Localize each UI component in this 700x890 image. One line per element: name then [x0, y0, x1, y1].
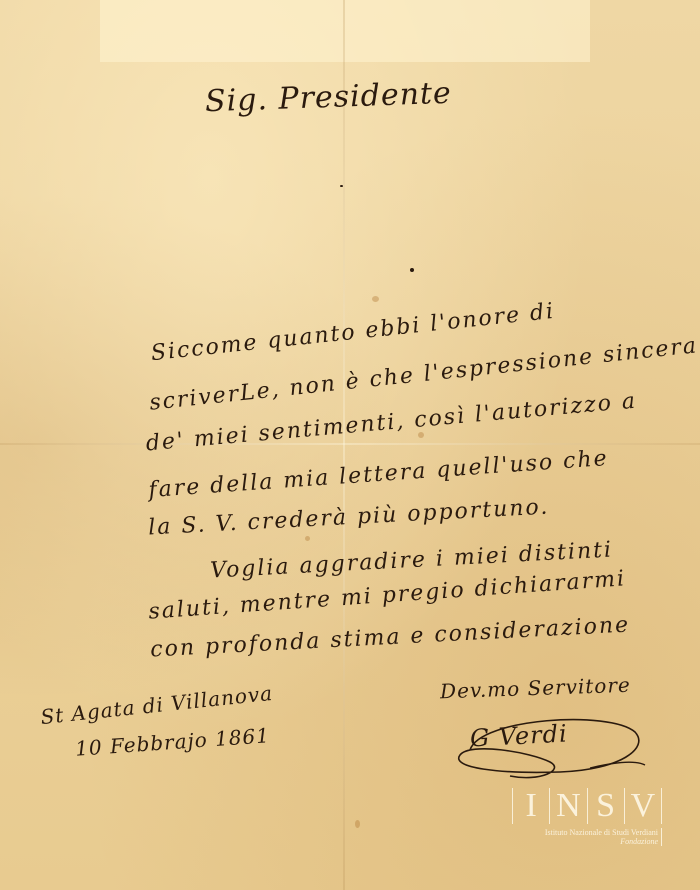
paper-stain [372, 296, 379, 302]
letter-page: Sig. Presidente Siccome quanto ebbi l'on… [0, 0, 700, 890]
watermark-institution: Istituto Nazionale di Studi Verdiani [512, 828, 662, 837]
watermark-subtitle: Fondazione [512, 837, 662, 846]
body-line-8: con profonda stima e considerazione [150, 612, 631, 662]
ink-dot [410, 268, 414, 272]
ink-dot [340, 185, 343, 187]
watermark-letter: I [513, 788, 550, 824]
paper-stain [418, 432, 424, 438]
vertical-fold-line [343, 0, 345, 890]
date-line: 10 Febbrajo 1861 [74, 723, 270, 761]
horizontal-fold-line [0, 443, 700, 445]
closing: Dev.mo Servitore [440, 673, 632, 704]
watermark-letter: V [625, 788, 662, 824]
watermark-letter: N [550, 788, 587, 824]
signature: G Verdi [469, 719, 568, 752]
body-line-5: la S. V. crederà più opportuno. [148, 495, 550, 541]
paper-light-patch [100, 0, 590, 62]
paper-stain [355, 820, 360, 828]
paper-stain [305, 536, 310, 541]
insv-watermark: I N S V Istituto Nazionale di Studi Verd… [512, 788, 662, 846]
watermark-letter: S [588, 788, 625, 824]
watermark-logo: I N S V [512, 788, 662, 824]
place-line: St Agata di Villanova [39, 681, 274, 729]
salutation: Sig. Presidente [204, 76, 452, 120]
